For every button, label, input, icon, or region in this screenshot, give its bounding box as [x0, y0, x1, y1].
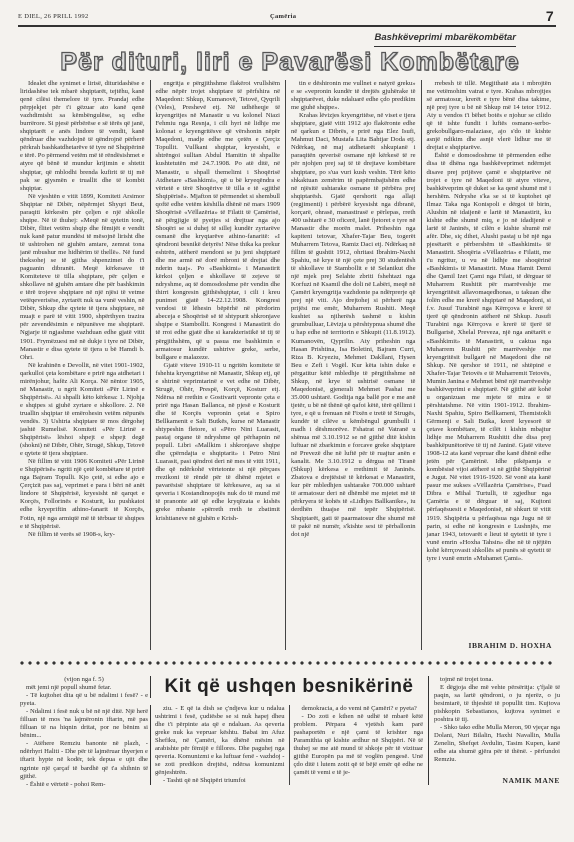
paragraph: Idealet dhe synimet e lirisë, dituridash…	[20, 80, 145, 193]
article2-headline: Kit që ushqen besnikërinë	[150, 676, 427, 698]
paragraph: mët jemi një popull shumë fetar.	[20, 684, 148, 692]
article1-kicker: Bashkëveprimi mbarëkombëtar	[374, 32, 516, 47]
paragraph: - Do zoti e kthen në udhë të mbarë këtë …	[294, 713, 424, 777]
article1-column-2: engritja e përgjithshme flakëroi vrullsh…	[150, 80, 286, 650]
masthead: E DIEL, 26 PRILL 1992 Çamëria 7	[18, 8, 556, 24]
article2-column-2: ziu. - E që ia dish se ç'ndjeva kur u nd…	[151, 705, 289, 785]
page-number: 7	[546, 8, 554, 24]
paragraph: - Të kujtohet dita që u bë ndalimi i fes…	[20, 692, 148, 708]
paragraph: ziu. - E që ia dish se ç'ndjeva kur u nd…	[155, 705, 285, 777]
paragraph: rrebesh të tillë. Megjithatë ata i mbroj…	[427, 80, 552, 152]
paragraph: - Shko tako edhe Mulla Meron, 90 vjeçar …	[434, 724, 560, 764]
section-name: Çamëria	[270, 13, 296, 20]
article1-column-1: Idealet dhe synimet e lirisë, dituridash…	[20, 80, 150, 650]
paragraph: E dëgjoja dhe më vehte përsëritja: ç'fja…	[434, 684, 560, 724]
continued-from-note: (vijon nga f. 5)	[20, 676, 148, 684]
article1-byline: IBRAHIM D. HOXHA	[468, 641, 552, 650]
article2-left-column: (vijon nga f. 5) mët jemi një popull shu…	[20, 676, 148, 789]
paragraph: - Atëhere Remziu banonte në plazh, - ndë…	[20, 740, 148, 780]
paragraph: - Tashti që në Shqipëri triumfoi	[155, 777, 285, 785]
article1-headline: Për dituri, liri e Pavarësi Kombëtare	[40, 48, 540, 77]
paragraph: Në fillim të vitit 1906 Komiteti «Për Li…	[20, 458, 145, 530]
article1-column-4: rrebesh të tillë. Megjithatë ata i mbroj…	[421, 80, 557, 650]
paragraph: Gjatë viteve 1910-11 u ngritën komitete …	[156, 362, 281, 523]
masthead-rule	[18, 25, 556, 27]
paragraph: - Është e vërtetë - pohoi Rem-	[20, 781, 148, 789]
paragraph: Në krahinën e Devollit, në vitet 1901-19…	[20, 362, 145, 459]
article2-right-column: tojmë në trojet tona. E dëgjoja dhe më v…	[428, 676, 560, 785]
paragraph: Në fillim të verës së 1908-s, kry-	[20, 531, 145, 539]
paragraph: Krahas lëvizjes kryengritëse, në viset e…	[291, 112, 416, 538]
paragraph: demokracia, a do vemi në Çamëri? e pyeta…	[294, 705, 424, 713]
issue-date: E DIEL, 26 PRILL 1992	[18, 13, 89, 20]
article2-column-3: demokracia, a do vemi në Çamëri? e pyeta…	[289, 705, 428, 785]
article1-column-3: tin e dëshironin me vullnet e natyrë gre…	[285, 80, 421, 650]
paragraph: Në vjeshtën e vitit 1899, Komiteti Arsim…	[20, 193, 145, 362]
article2-byline: NAMIK MANE	[434, 777, 560, 785]
article1-body: Idealet dhe synimet e lirisë, dituridash…	[20, 80, 556, 650]
paragraph: - Ndalimi i fesë nuk u bë në një ditë. N…	[20, 708, 148, 740]
paragraph: tin e dëshironin me vullnet e natyrë gre…	[291, 80, 416, 112]
paragraph: Është e domosdoshme të përmenden edhe di…	[427, 152, 552, 562]
paragraph: engritja e përgjithshme flakëroi vrullsh…	[156, 80, 281, 362]
dotted-separator	[18, 660, 556, 666]
paragraph: tojmë në trojet tona.	[434, 676, 560, 684]
article2-middle-columns: ziu. - E që ia dish se ç'ndjeva kur u nd…	[150, 705, 427, 785]
